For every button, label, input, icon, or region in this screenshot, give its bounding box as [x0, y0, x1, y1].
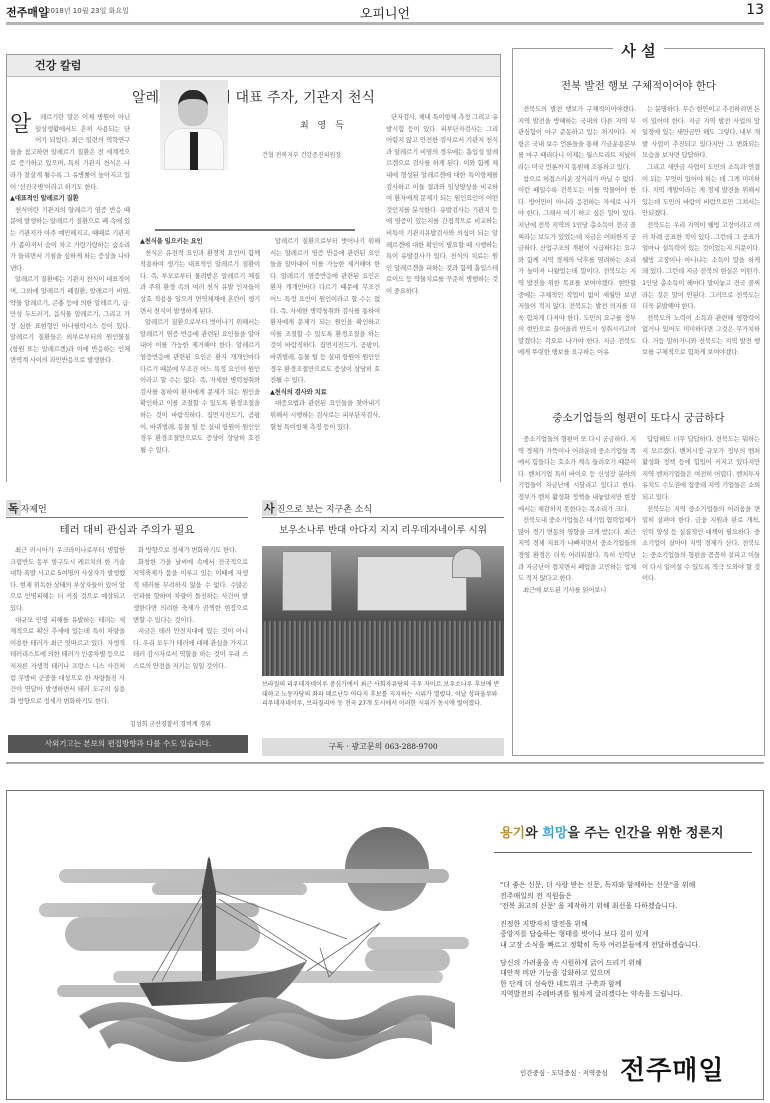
- photo-news-header: 사진으로 보는 지구촌 소식: [262, 500, 504, 518]
- subscribe-label: 구독 · 광고문의: [328, 742, 382, 751]
- photo-news-title: 보우소나루 반대 아다지 지지 리우데자네이루 시위: [262, 522, 504, 536]
- health-column-col1: 알 레르기란 말은 이제 병원이 아닌 일상생활에서도 흔히 사용되는 단어가 …: [10, 112, 130, 482]
- author-divider: [155, 229, 355, 231]
- photo-caption: 브라질의 리우데자네이루 중심가에서 최근 사회자유당의 극우 자이르 보우소나…: [262, 680, 504, 709]
- ad-line: 한 단계 더 성숙한 네트워크 구축과 함께: [500, 979, 760, 990]
- subscribe-banner: 구독 · 광고문의 063-288-9700: [262, 738, 504, 756]
- reader-byline: 김성희 군산경찰서 경비계 경위: [130, 719, 211, 728]
- ad-line: 당신의 가려움을 속 시원하게 긁어 드리기 위해: [500, 958, 760, 969]
- paragraph: 최근 러시아가 우크라이나로부터 병합한 크림반도 동부 항구도시 케르치의 한…: [10, 545, 125, 615]
- sailboat-illustration: [7, 791, 477, 1099]
- ad-line: 내 고장 소식을 빠르고 정확히 독자 여러분들에게 전달하겠습니다.: [500, 940, 760, 951]
- ad-line: 전주매일의 전 직원들은: [500, 891, 760, 902]
- subheading: ▲천식의 검사와 치료: [270, 387, 380, 399]
- paragraph: 전북도의 노력이 소득과 관련해 영향력이 없거나 있어도 미미하다면 그것은 …: [642, 313, 760, 359]
- ad-divider: [494, 852, 752, 853]
- paragraph: 대규모 인명 피해를 유발하는 테러는 세계적으로 확산 추세에 있는데 특히 …: [10, 615, 125, 708]
- paragraph: 천식은 유전적 요인과 환경적 요인이 함께 작용하여 생기는 대표적인 알레르…: [140, 248, 260, 318]
- paragraph: 최근에 보도된 기사를 읽어보니: [518, 585, 636, 597]
- paragraph: 중소기업들의 형편이 또 다시 궁금하다. 지역 경제가 가뜩이나 어려운데 중…: [518, 434, 636, 515]
- health-column-col3: 알레르기 질환으로부터 벗어나기 위해서는 알레르기 염증 반응에 관련된 요인…: [270, 236, 380, 482]
- paragraph: 답답해도 너무 답답하다. 전북도는 뭐하는지 모르겠다. 벤처시장 규모가 정…: [642, 434, 760, 504]
- paragraph: 알레르기 질환으로부터 벗어나기 위해서는 알레르기 염증 반응에 관련된 요인…: [270, 236, 380, 387]
- paragraph: 화창한 가을 날씨에 속에서 전국적으로 지역축제가 붐을 이루고 있는 이때에…: [133, 557, 248, 627]
- page-number: 13: [746, 2, 764, 18]
- health-column-col2: ▲천식을 일으키는 요인천식은 유전적 요인과 환경적 요인이 함께 작용하여 …: [140, 236, 260, 482]
- ad-line: '전북 최고의 신문' 을 제작하기 위해 최선을 다하겠습니다.: [500, 901, 760, 912]
- paragraph: 전북도는 지역 중소기업들의 어려움을 면밀히 살펴야 한다. 금융 지원과 판…: [642, 504, 760, 585]
- ad-paragraph: "더 좋은 신문, 더 사랑 받는 신문, 독자와 함께하는 신문"을 위해전주…: [500, 880, 760, 912]
- paragraph: 대증요법과 관련된 요인들을 찾아내기 위해서 시행하는 검사로는 피부단자검사…: [270, 398, 380, 433]
- paragraph: 참으로 허접스러운 짓거리가 아닐 수 없다. 이런 때일수록 전북도는 이를 …: [518, 174, 636, 360]
- reader-proposal-col1: 최근 러시아가 우크라이나로부터 병합한 크림반도 동부 항구도시 케르치의 한…: [10, 545, 125, 710]
- ad-line: 지역발전의 수레바퀴를 힘차게 굴리겠다는 약속을 드립니다.: [500, 989, 760, 1000]
- subheading: ▲대표적인 알레르기 질환: [10, 193, 130, 205]
- editorial-1-col1: 전북도의 발전 행보가 구체적이어야겠다. 지역 발전을 방해하는 국내의 다른…: [518, 104, 636, 394]
- editorial-title-1: 전북 발전 행보 구체적이어야 한다: [512, 78, 765, 93]
- paragraph: 알레르기 질환으로부터 벗어나기 위해서는 알레르기 염증 반응에 관련된 요인…: [140, 317, 260, 456]
- ad-paragraph: 진정한 지방자치 발전을 위해중앙지를 답습하는 형태를 벗어나 보다 깊이 있…: [500, 919, 760, 951]
- author-role: 건협 전북지부 건강증진의원장: [262, 150, 341, 159]
- subheading: ▲천식을 일으키는 요인: [140, 236, 260, 248]
- editorial-2-col1: 중소기업들의 형편이 또 다시 궁금하다. 지역 경제가 가뜩이나 어려운데 중…: [518, 434, 636, 752]
- section-divider: [6, 762, 764, 764]
- disclaimer-banner: 사외기고는 본보의 편집방향과 다를 수도 있습니다.: [8, 735, 248, 753]
- paragraph: 는 분명하다. 무슨 현안이고 추진하려면 돈이 있어야 한다. 지금 지역 발…: [642, 104, 760, 162]
- editorial-header: 사 설: [512, 40, 765, 61]
- health-column-title: 알레르기 질환의 대표 주자, 기관지 천식: [7, 87, 500, 107]
- paragraph: 지금은 테러 안전지대에 있는 것이 아니다. 우리 모두가 테러에 대해 관심…: [133, 626, 248, 672]
- section-name: 오피니언: [6, 3, 764, 22]
- author-name: 최 영 득: [300, 118, 347, 131]
- ad-headline: 용기와 희망을 주는 인간을 위한 정론지: [500, 822, 724, 841]
- paragraph: 전북도의 발전 행보가 구체적이어야겠다. 지역 발전을 방해하는 국내의 다른…: [518, 104, 636, 174]
- dropcap: 알: [10, 114, 31, 136]
- reader-proposal-col2: 화 방향으로 정세가 변화하기도 한다.화창한 가을 날씨에 속에서 전국적으로…: [133, 545, 248, 710]
- paragraph: 화 방향으로 정세가 변화하기도 한다.: [133, 545, 248, 557]
- paragraph: 알레르기 질환에는 기관지 천식이 대표적이며, 그외에 알레르기 폐질환, 알…: [10, 274, 130, 367]
- paragraph: 전북도내 중소기업들은 대기업 협력업체가 많아 경기 변동의 영향을 크게 받…: [518, 515, 636, 585]
- ad-paragraph: 당신의 가려움을 속 시원하게 긁어 드리기 위해대안적 비판 기능을 강화하고…: [500, 958, 760, 1000]
- author-photo: [160, 80, 228, 170]
- editorial-1-col2: 는 분명하다. 무슨 현안이고 추진하려면 돈이 있어야 한다. 지금 지역 발…: [642, 104, 760, 394]
- ad-slogan: 인간중심 · 도덕중심 · 지역중심: [520, 1068, 608, 1077]
- protest-photo: [262, 546, 504, 676]
- ad-logo: 전주매일: [620, 1050, 724, 1087]
- subscribe-phone[interactable]: 063-288-9700: [385, 742, 438, 751]
- paragraph: 단자검사, 체내 특이항체 측정 그리고 유발시험 등이 있다. 피부단자검사는…: [386, 112, 498, 298]
- health-column-label: 건강 칼럼: [7, 55, 500, 77]
- masthead: 전주매일 2018년 10월 23일 화요일 오피니언 13: [6, 0, 764, 24]
- health-column-col4: 단자검사, 체내 특이항체 측정 그리고 유발시험 등이 있다. 피부단자검사는…: [386, 112, 498, 482]
- ad-line: 중앙지를 답습하는 형태를 벗어나 보다 깊이 있게: [500, 929, 760, 940]
- ad-body: "더 좋은 신문, 더 사랑 받는 신문, 독자와 함께하는 신문"을 위해전주…: [500, 880, 760, 1007]
- paragraph: 천식이란 기관지의 알레르기 염증 반응 때문에 발생하는 알레르기 질환으로 …: [10, 205, 130, 275]
- masthead-rule: [6, 22, 764, 25]
- paragraph: 그리고 새만금 사업이 도민의 소득과 연결이 되는 무엇이 있어야 하는 데 …: [642, 162, 760, 220]
- paragraph: 전북도는 우리 지역이 웰빙 고장이라고 여러 차례 공표한 적이 있다. 그런…: [642, 220, 760, 313]
- ad-line: 진정한 지방자치 발전을 위해: [500, 919, 760, 930]
- editorial-2-col2: 답답해도 너무 답답하다. 전북도는 뭐하는지 모르겠다. 벤처시장 규모가 정…: [642, 434, 760, 752]
- ad-line: 대안적 비판 기능을 강화하고 있으며: [500, 968, 760, 979]
- editorial-title-2: 중소기업들의 형편이 또다시 궁금하다: [512, 410, 765, 425]
- reader-proposal-header: 독자제언: [6, 500, 248, 518]
- reader-proposal-title: 테러 대비 관심과 주의가 필요: [6, 522, 248, 537]
- ad-line: "더 좋은 신문, 더 사랑 받는 신문, 독자와 함께하는 신문"을 위해: [500, 880, 760, 891]
